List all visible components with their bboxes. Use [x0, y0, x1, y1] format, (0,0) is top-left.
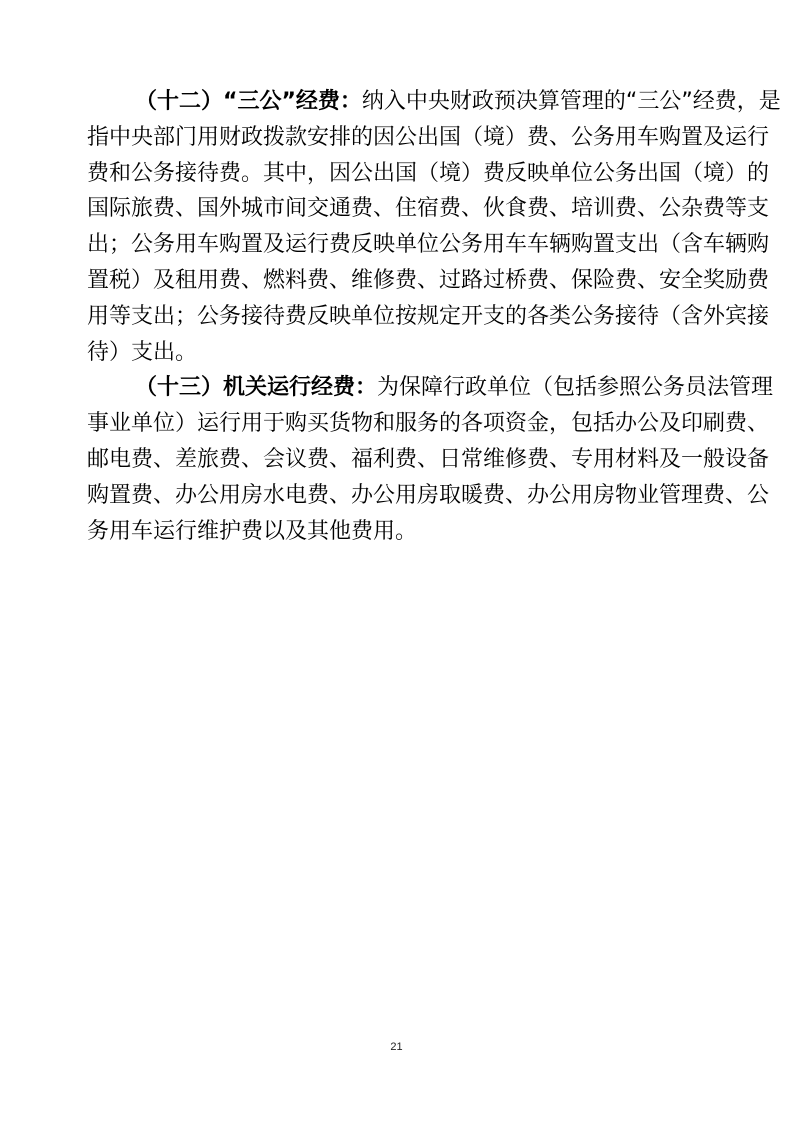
paragraph-line: 事业单位）运行用于购买货物和服务的各项资金，包括办公及印刷费、 — [87, 406, 747, 442]
paragraph-line: 邮电费、差旅费、会议费、福利费、日常维修费、专用材料及一般设备 — [87, 442, 747, 478]
document-body: （十二）“三公”经费：纳入中央财政预决算管理的“三公”经费，是 指中央部门用财政… — [87, 84, 747, 549]
document-page: （十二）“三公”经费：纳入中央财政预决算管理的“三公”经费，是 指中央部门用财政… — [0, 0, 793, 1122]
paragraph-line: 用等支出；公务接待费反映单位按规定开支的各类公务接待（含外宾接 — [87, 299, 747, 335]
paragraph-text: 纳入中央财政预决算管理的“三公”经费，是 — [362, 89, 781, 114]
section-heading-12: （十二）“三公”经费： — [135, 89, 362, 114]
paragraph-line: 购置费、办公用房水电费、办公用房取暖费、办公用房物业管理费、公 — [87, 478, 747, 514]
paragraph-line: 务用车运行维护费以及其他费用。 — [87, 514, 747, 550]
section-heading-13: （十三）机关运行经费： — [135, 375, 377, 400]
paragraph-first-line: （十三）机关运行经费：为保障行政单位（包括参照公务员法管理 — [87, 370, 747, 406]
paragraph-line: 待）支出。 — [87, 335, 747, 371]
paragraph-text: 为保障行政单位（包括参照公务员法管理 — [377, 375, 773, 400]
paragraph-line: 费和公务接待费。其中，因公出国（境）费反映单位公务出国（境）的 — [87, 156, 747, 192]
paragraph-line: 国际旅费、国外城市间交通费、住宿费、伙食费、培训费、公杂费等支 — [87, 191, 747, 227]
paragraph-line: 出；公务用车购置及运行费反映单位公务用车车辆购置支出（含车辆购 — [87, 227, 747, 263]
paragraph-line: 指中央部门用财政拨款安排的因公出国（境）费、公务用车购置及运行 — [87, 120, 747, 156]
page-number: 21 — [0, 1041, 793, 1053]
paragraph-san-gong-expenses: （十二）“三公”经费：纳入中央财政预决算管理的“三公”经费，是 指中央部门用财政… — [87, 84, 747, 370]
paragraph-first-line: （十二）“三公”经费：纳入中央财政预决算管理的“三公”经费，是 — [87, 84, 747, 120]
paragraph-line: 置税）及租用费、燃料费、维修费、过路过桥费、保险费、安全奖励费 — [87, 263, 747, 299]
paragraph-agency-operating-expenses: （十三）机关运行经费：为保障行政单位（包括参照公务员法管理 事业单位）运行用于购… — [87, 370, 747, 549]
